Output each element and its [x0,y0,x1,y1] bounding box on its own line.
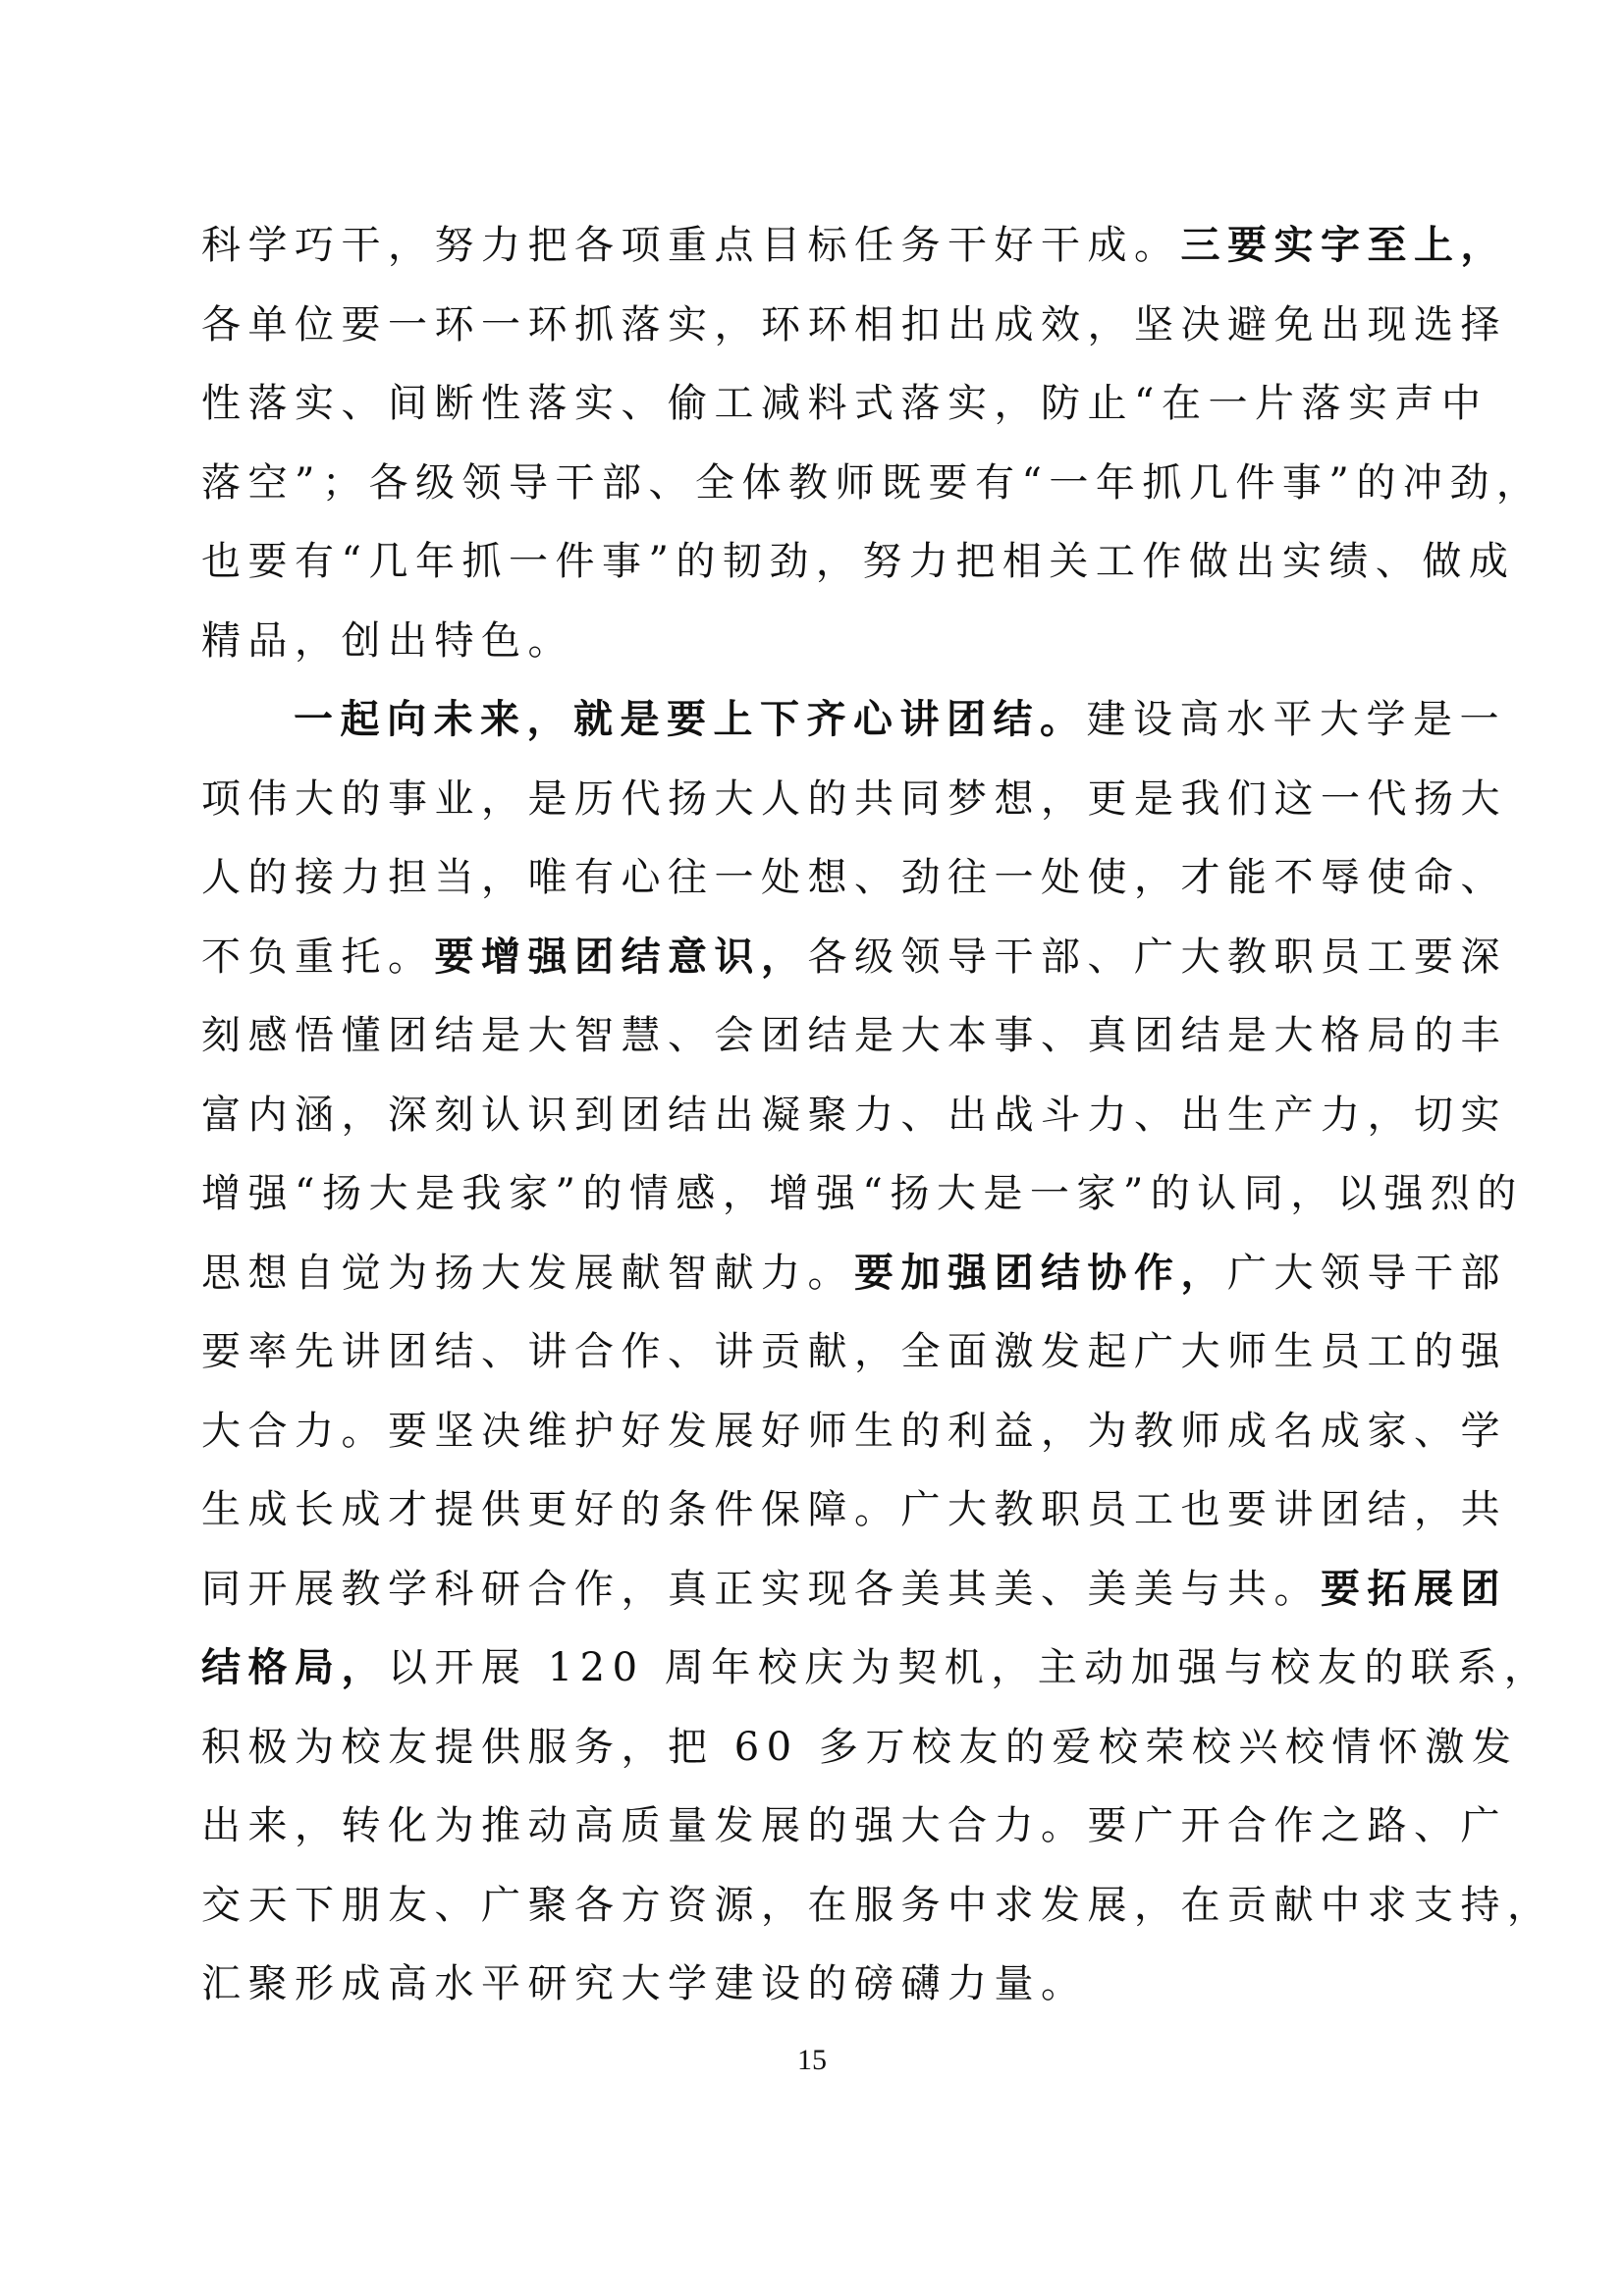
bold-heading-run: 要拓展团 [1321,1567,1507,1612]
text-line: 生成长成才提供更好的条件保障。广大教职员工也要讲团结，共 [201,1470,1429,1550]
text-line: 落空”；各级领导干部、全体教师既要有“一年抓几件事”的冲劲， [201,444,1429,523]
text-run: 建设高水平大学是一 [1087,697,1507,742]
text-run: 以开展 120 周年校庆为契机，主动加强与校友的联系， [388,1645,1550,1690]
text-run: 同开展教学科研合作，真正实现各美其美、美美与共。 [201,1567,1321,1612]
text-run: 出来，转化为推动高质量发展的强大合力。要广开合作之路、广 [201,1803,1507,1848]
text-run: 科学巧干，努力把各项重点目标任务干好干成。 [201,223,1181,268]
text-line: 富内涵，深刻认识到团结出凝聚力、出战斗力、出生产力，切实 [201,1076,1429,1155]
text-line: 结格局，以开展 120 周年校庆为契机，主动加强与校友的联系， [201,1629,1429,1708]
text-run: 精品，创出特色。 [201,618,574,664]
text-run: 不负重托。 [201,934,435,980]
text-line: 要率先讲团结、讲合作、讲贡献，全面激发起广大师生员工的强 [201,1312,1429,1392]
text-line: 不负重托。要增强团结意识，各级领导干部、广大教职员工要深 [201,918,1429,997]
body-text: 科学巧干，努力把各项重点目标任务干好干成。三要实字至上， 各单位要一环一环抓落实… [201,206,1429,2024]
text-run: 项伟大的事业，是历代扬大人的共同梦想，更是我们这一代扬大 [201,776,1507,822]
text-line: 精品，创出特色。 [201,602,1429,681]
text-run: 交天下朋友、广聚各方资源，在服务中求发展，在贡献中求支持， [201,1883,1554,1928]
text-run: 汇聚形成高水平研究大学建设的磅礴力量。 [201,1961,1088,2006]
text-run: 落空”；各级领导干部、全体教师既要有“一年抓几件事”的冲劲， [201,460,1543,506]
text-line: 出来，转化为推动高质量发展的强大合力。要广开合作之路、广 [201,1787,1429,1866]
text-run: 要率先讲团结、讲合作、讲贡献，全面激发起广大师生员工的强 [201,1329,1507,1374]
bold-heading-run: 一起向未来，就是要上下齐心讲团结。 [294,697,1087,742]
text-run: 富内涵，深刻认识到团结出凝聚力、出战斗力、出生产力，切实 [201,1093,1507,1138]
text-line: 积极为校友提供服务，把 60 多万校友的爱校荣校兴校情怀激发 [201,1708,1429,1788]
text-line: 同开展教学科研合作，真正实现各美其美、美美与共。要拓展团 [201,1550,1429,1629]
text-line: 一起向未来，就是要上下齐心讲团结。建设高水平大学是一 [201,680,1429,760]
bold-heading-run: 要增强团结意识， [435,934,808,980]
text-line: 项伟大的事业，是历代扬大人的共同梦想，更是我们这一代扬大 [201,760,1429,839]
text-line: 增强“扬大是我家”的情感，增强“扬大是一家”的认同，以强烈的 [201,1154,1429,1234]
text-run: 刻感悟懂团结是大智慧、会团结是大本事、真团结是大格局的丰 [201,1013,1507,1058]
text-run: 增强“扬大是我家”的情感，增强“扬大是一家”的认同，以强烈的 [201,1171,1524,1216]
text-line: 汇聚形成高水平研究大学建设的磅礴力量。 [201,1945,1429,2024]
text-run: 性落实、间断性落实、偷工减料式落实，防止“在一片落实声中 [201,381,1488,426]
text-line: 人的接力担当，唯有心往一处想、劲往一处使，才能不辱使命、 [201,838,1429,918]
text-line: 也要有“几年抓一件事”的韧劲，努力把相关工作做出实绩、做成 [201,522,1429,602]
text-run: 积极为校友提供服务，把 60 多万校友的爱校荣校兴校情怀激发 [201,1725,1518,1770]
document-page: 科学巧干，努力把各项重点目标任务干好干成。三要实字至上， 各单位要一环一环抓落实… [0,0,1624,2296]
text-line: 各单位要一环一环抓落实，环环相扣出成效，坚决避免出现选择 [201,286,1429,365]
text-line: 思想自觉为扬大发展献智献力。要加强团结协作，广大领导干部 [201,1234,1429,1313]
text-line: 大合力。要坚决维护好发展好师生的利益，为教师成名成家、学 [201,1392,1429,1471]
text-run: 广大领导干部 [1227,1251,1507,1296]
text-line: 性落实、间断性落实、偷工减料式落实，防止“在一片落实声中 [201,364,1429,444]
bold-heading-run: 要加强团结协作， [854,1251,1227,1296]
text-run: 各单位要一环一环抓落实，环环相扣出成效，坚决避免出现选择 [201,302,1507,347]
page-number: 15 [0,2044,1624,2077]
text-run: 人的接力担当，唯有心往一处想、劲往一处使，才能不辱使命、 [201,855,1507,900]
text-run: 思想自觉为扬大发展献智献力。 [201,1251,854,1296]
text-run: 大合力。要坚决维护好发展好师生的利益，为教师成名成家、学 [201,1409,1507,1454]
text-run: 各级领导干部、广大教职员工要深 [808,934,1508,980]
text-line: 交天下朋友、广聚各方资源，在服务中求发展，在贡献中求支持， [201,1866,1429,1946]
text-run: 也要有“几年抓一件事”的韧劲，努力把相关工作做出实绩、做成 [201,539,1515,584]
bold-heading-run: 三要实字至上， [1181,223,1508,268]
text-line: 刻感悟懂团结是大智慧、会团结是大本事、真团结是大格局的丰 [201,996,1429,1076]
text-run: 生成长成才提供更好的条件保障。广大教职员工也要讲团结，共 [201,1487,1507,1532]
text-line: 科学巧干，努力把各项重点目标任务干好干成。三要实字至上， [201,206,1429,286]
bold-heading-run: 结格局， [201,1645,388,1690]
